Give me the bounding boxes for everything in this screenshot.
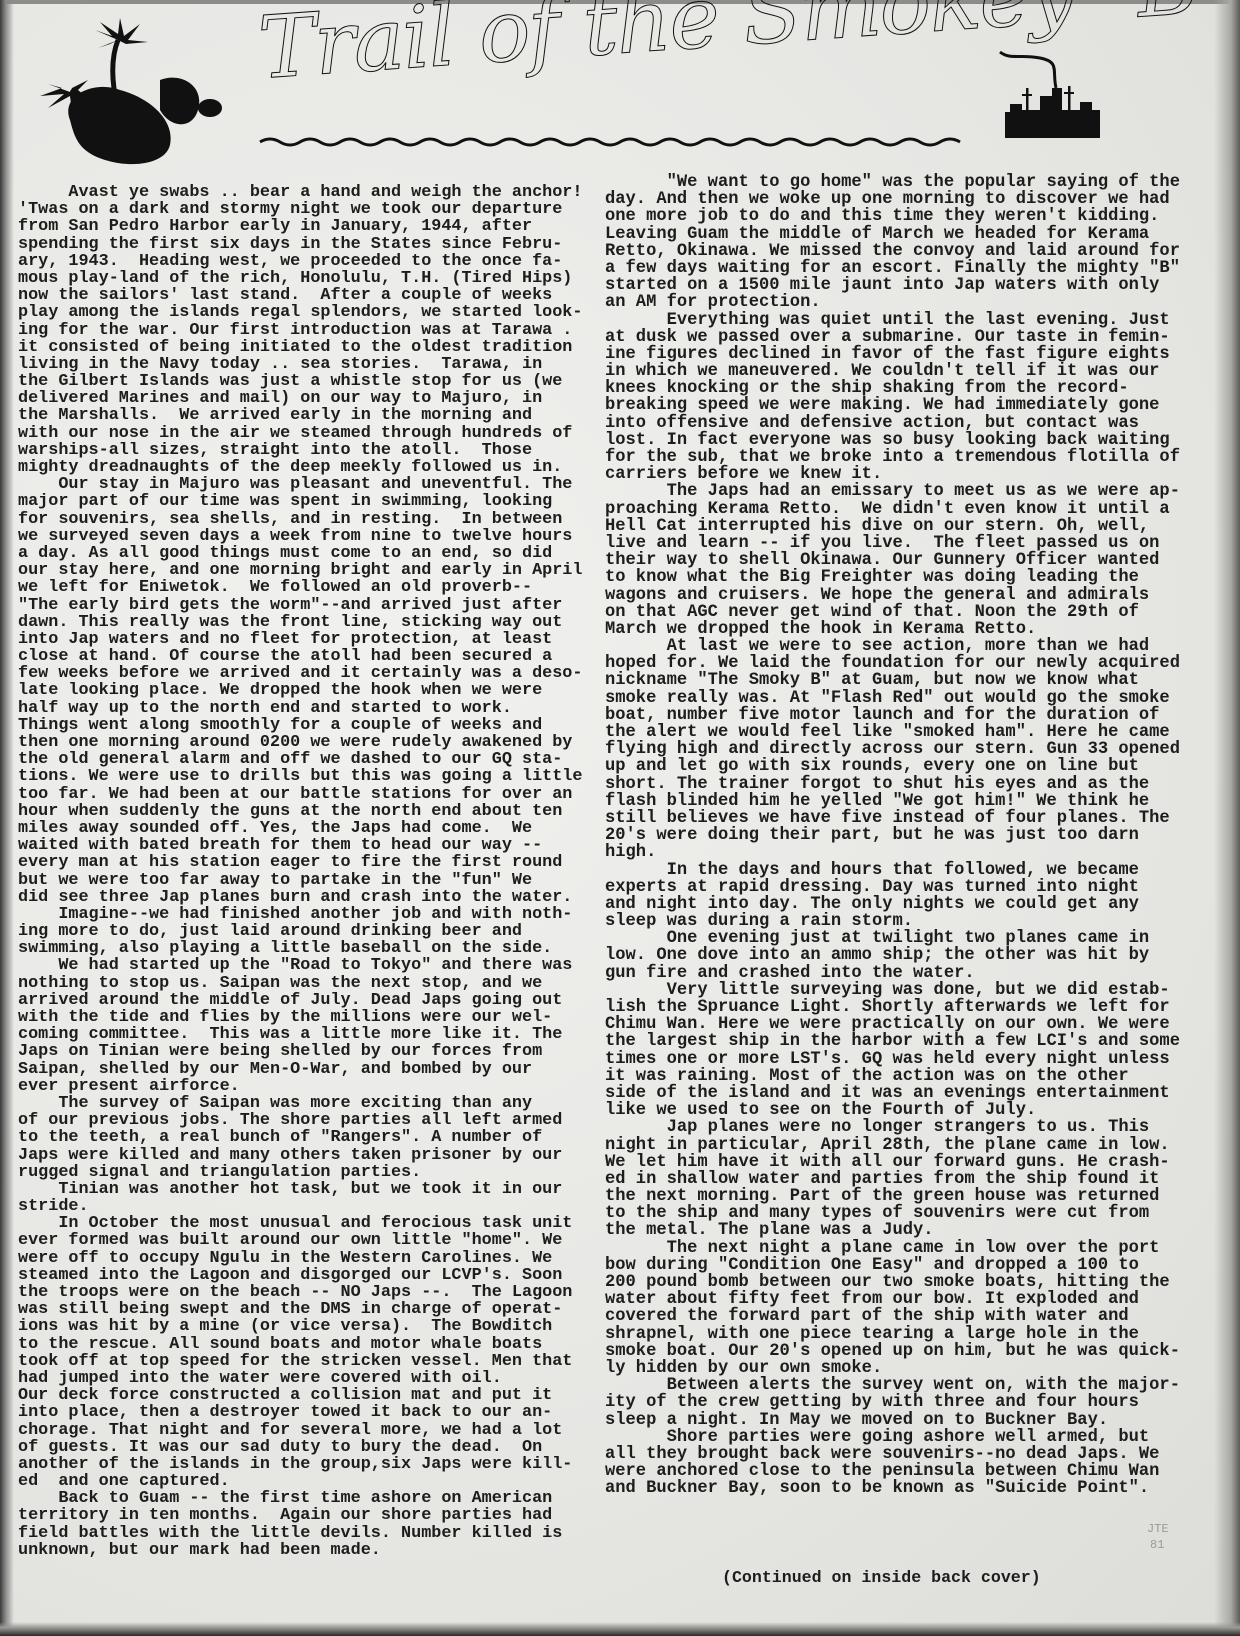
text-line: took off at top speed for the stricken v… <box>18 1353 588 1370</box>
left-column: Avast ye swabs .. bear a hand and weigh … <box>18 184 588 1559</box>
text-line: in which we maneuvered. We couldn't tell… <box>605 363 1185 380</box>
text-line: delivered Marines and mail) on our way t… <box>18 390 588 407</box>
paragraph: Tinian was another hot task, but we took… <box>18 1181 588 1215</box>
text-line: proaching Kerama Retto. We didn't even k… <box>605 501 1185 518</box>
text-line: Hell Cat interrupted his dive on our ste… <box>605 518 1185 535</box>
smoke-trail <box>1000 52 1056 88</box>
text-line: Back to Guam -- the first time ashore on… <box>18 1490 588 1507</box>
text-line: a few days waiting for an escort. Finall… <box>605 260 1185 277</box>
text-line: night in particular, April 28th, the pla… <box>605 1137 1185 1154</box>
text-line: breaking speed we were making. We had im… <box>605 397 1185 414</box>
text-line: In the days and hours that followed, we … <box>605 862 1185 879</box>
text-line: mous play-land of the rich, Honolulu, T.… <box>18 270 588 287</box>
text-line: all they brought back were souvenirs--no… <box>605 1446 1185 1463</box>
paragraph: In the days and hours that followed, we … <box>605 862 1185 931</box>
text-line: 200 pound bomb between our two smoke boa… <box>605 1274 1185 1291</box>
text-line: from San Pedro Harbor early in January, … <box>18 218 588 235</box>
paragraph: In October the most unusual and ferociou… <box>18 1215 588 1387</box>
text-line: to know what the Big Freighter was doing… <box>605 569 1185 586</box>
paragraph: Jap planes were no longer strangers to u… <box>605 1119 1185 1239</box>
text-line: water about fifty feet from our bow. It … <box>605 1291 1185 1308</box>
text-line: did see three Jap planes burn and crash … <box>18 889 588 906</box>
text-line: We let him have it with all our forward … <box>605 1154 1185 1171</box>
text-line: bow during "Condition One Easy" and drop… <box>605 1257 1185 1274</box>
text-line: up and let go with six rounds, every one… <box>605 758 1185 775</box>
page-edge-right <box>1214 0 1240 1636</box>
text-line: a day. As all good things must come to a… <box>18 545 588 562</box>
text-line: the largest ship in the harbor with a fe… <box>605 1033 1185 1050</box>
text-line: covered the forward part of the ship wit… <box>605 1308 1185 1325</box>
text-line: territory in ten months. Again our shore… <box>18 1507 588 1524</box>
text-line: Tinian was another hot task, but we took… <box>18 1181 588 1198</box>
paragraph: Between alerts the survey went on, with … <box>605 1377 1185 1429</box>
paragraph: Everything was quiet until the last even… <box>605 312 1185 484</box>
text-line: ity of the crew getting by with three an… <box>605 1394 1185 1411</box>
text-line: the alert we would feel like "smoked ham… <box>605 724 1185 741</box>
text-line: smoke boat. Our 20's opened up on him, b… <box>605 1343 1185 1360</box>
text-line: another of the islands in the group,six … <box>18 1456 588 1473</box>
paragraph: Very little surveying was done, but we d… <box>605 982 1185 1120</box>
text-line: The next night a plane came in low over … <box>605 1240 1185 1257</box>
text-line: into place, then a destroyer towed it ba… <box>18 1404 588 1421</box>
text-line: we surveyed seven days a week from nine … <box>18 528 588 545</box>
text-line: swimming, also playing a little baseball… <box>18 940 588 957</box>
margin-mark: 81 <box>1150 1538 1164 1552</box>
text-line: lish the Spruance Light. Shortly afterwa… <box>605 999 1185 1016</box>
text-line: then one morning around 0200 we were rud… <box>18 734 588 751</box>
text-line: Between alerts the survey went on, with … <box>605 1377 1185 1394</box>
text-line: were anchored close to the peninsula bet… <box>605 1463 1185 1480</box>
text-line: were off to occupy Ngulu in the Western … <box>18 1250 588 1267</box>
text-line: carriers before we knew it. <box>605 466 1185 483</box>
text-line: experts at rapid dressing. Day was turne… <box>605 879 1185 896</box>
text-line: on that AGC never get wind of that. Noon… <box>605 604 1185 621</box>
palm-tree-island-icon <box>40 18 222 164</box>
text-line: like we used to see on the Fourth of Jul… <box>605 1102 1185 1119</box>
text-line: shrapnel, with one piece tearing a large… <box>605 1326 1185 1343</box>
text-line: close at hand. Of course the atoll had b… <box>18 648 588 665</box>
text-line: Chimu Wan. Here we were practically on o… <box>605 1016 1185 1033</box>
text-line: now the sailors' last stand. After a cou… <box>18 287 588 304</box>
text-line: rugged signal and triangulation parties. <box>18 1164 588 1181</box>
text-line: stride. <box>18 1198 588 1215</box>
text-line: the metal. The plane was a Judy. <box>605 1222 1185 1239</box>
text-line: We had started up the "Road to Tokyo" an… <box>18 957 588 974</box>
paragraph: We had started up the "Road to Tokyo" an… <box>18 957 588 1095</box>
margin-mark: JTE <box>1147 1522 1169 1536</box>
text-line: play among the islands regal splendors, … <box>18 304 588 321</box>
text-line: coming committee. This was a little more… <box>18 1026 588 1043</box>
text-line: gun fire and crashed into the water. <box>605 965 1185 982</box>
text-line: and night into day. The only nights we c… <box>605 896 1185 913</box>
text-line: living in the Navy today .. sea stories.… <box>18 356 588 373</box>
newsletter-page: Trail of the Smokey "B" Avast ye swabs .… <box>0 0 1240 1636</box>
text-line: the troops were on the beach -- NO Japs … <box>18 1284 588 1301</box>
text-line: hoped for. We laid the foundation for ou… <box>605 655 1185 672</box>
page-edge-left <box>0 0 14 1636</box>
text-line: ing more to do, just laid around drinkin… <box>18 923 588 940</box>
paragraph: The Japs had an emissary to meet us as w… <box>605 483 1185 638</box>
text-line: the old general alarm and off we dashed … <box>18 751 588 768</box>
paragraph: Our deck force constructed a collision m… <box>18 1387 588 1490</box>
text-line: our stay here, and one morning bright an… <box>18 562 588 579</box>
text-line: the Gilbert Islands was just a whistle s… <box>18 373 588 390</box>
text-line: flash blinded him he yelled "We got him!… <box>605 793 1185 810</box>
text-line: low. One dove into an ammo ship; the oth… <box>605 947 1185 964</box>
paragraph: Back to Guam -- the first time ashore on… <box>18 1490 588 1559</box>
text-line: few weeks before we arrived and it certa… <box>18 665 588 682</box>
text-line: but we were too far away to partake in t… <box>18 872 588 889</box>
text-line: lost. In fact everyone was so busy looki… <box>605 432 1185 449</box>
continued-note: (Continued on inside back cover) <box>722 1568 1041 1587</box>
text-line: Shore parties were going ashore well arm… <box>605 1429 1185 1446</box>
text-line: Japs on Tinian were being shelled by our… <box>18 1043 588 1060</box>
text-line: side of the island and it was an evening… <box>605 1085 1185 1102</box>
text-line: for souvenirs, sea shells, and in restin… <box>18 511 588 528</box>
text-line: one more job to do and this time they we… <box>605 208 1185 225</box>
paragraph: Avast ye swabs .. bear a hand and weigh … <box>18 184 588 476</box>
text-line: of guests. It was our sad duty to bury t… <box>18 1439 588 1456</box>
right-column: "We want to go home" was the popular say… <box>605 174 1185 1497</box>
text-line: Imagine--we had finished another job and… <box>18 906 588 923</box>
text-line: steamed into the Lagoon and disgorged ou… <box>18 1267 588 1284</box>
text-line: too far. We had been at our battle stati… <box>18 786 588 803</box>
text-line: half way up to the north end and started… <box>18 700 588 717</box>
text-line: ary, 1943. Heading west, we proceeded to… <box>18 253 588 270</box>
text-line: Saipan, shelled by our Men-O-War, and bo… <box>18 1061 588 1078</box>
wave-line <box>260 139 960 145</box>
paragraph: One evening just at twilight two planes … <box>605 930 1185 982</box>
text-line: to the rescue. All sound boats and motor… <box>18 1336 588 1353</box>
text-line: the next morning. Part of the green hous… <box>605 1188 1185 1205</box>
text-line: short. The trainer forgot to shut his ey… <box>605 776 1185 793</box>
text-line: chorage. That night and for several more… <box>18 1422 588 1439</box>
text-line: we left for Eniwetok. We followed an old… <box>18 579 588 596</box>
text-line: 'Twas on a dark and stormy night we took… <box>18 201 588 218</box>
text-line: an AM for protection. <box>605 294 1185 311</box>
text-line: Japs were killed and many others taken p… <box>18 1147 588 1164</box>
text-line: At last we were to see action, more than… <box>605 638 1185 655</box>
text-line: ly hidden by our own smoke. <box>605 1360 1185 1377</box>
text-line: field battles with the little devils. Nu… <box>18 1525 588 1542</box>
text-line: day. And then we woke up one morning to … <box>605 191 1185 208</box>
text-line: still believes we have five instead of f… <box>605 810 1185 827</box>
text-line: arrived around the middle of July. Dead … <box>18 992 588 1009</box>
text-line: One evening just at twilight two planes … <box>605 930 1185 947</box>
text-line: Everything was quiet until the last even… <box>605 312 1185 329</box>
text-line: "The early bird gets the worm"--and arri… <box>18 597 588 614</box>
text-line: knees knocking or the ship shaking from … <box>605 380 1185 397</box>
text-line: ions was hit by a mine (or vice versa). … <box>18 1318 588 1335</box>
text-line: it was raining. Most of the action was o… <box>605 1068 1185 1085</box>
ship-silhouette-icon <box>1005 86 1100 138</box>
text-line: flying high and directly across our ster… <box>605 741 1185 758</box>
text-line: nothing to stop us. Saipan was the next … <box>18 975 588 992</box>
paragraph: Our stay in Majuro was pleasant and unev… <box>18 476 588 906</box>
text-line: with the tide and flies by the millions … <box>18 1009 588 1026</box>
text-line: ever present airforce. <box>18 1078 588 1095</box>
text-line: ine figures declined in favor of the fas… <box>605 346 1185 363</box>
text-line: The Japs had an emissary to meet us as w… <box>605 483 1185 500</box>
text-line: started on a 1500 mile jaunt into Jap wa… <box>605 277 1185 294</box>
text-line: "We want to go home" was the popular say… <box>605 174 1185 191</box>
text-line: to the ship and many types of souvenirs … <box>605 1205 1185 1222</box>
text-line: into offensive and defensive action, but… <box>605 415 1185 432</box>
text-line: with our nose in the air we steamed thro… <box>18 425 588 442</box>
paragraph: At last we were to see action, more than… <box>605 638 1185 861</box>
text-line: tions. We were use to drills but this wa… <box>18 768 588 785</box>
text-line: late looking place. We dropped the hook … <box>18 682 588 699</box>
text-line: for the sub, that we broke into a tremen… <box>605 449 1185 466</box>
masthead: Trail of the Smokey "B" <box>0 0 1240 170</box>
text-line: boat, number five motor launch and for t… <box>605 707 1185 724</box>
text-line: their way to shell Okinawa. Our Gunnery … <box>605 552 1185 569</box>
text-line: wagons and cruisers. We hope the general… <box>605 587 1185 604</box>
text-line: it consisted of being initiated to the o… <box>18 339 588 356</box>
text-line: waited with bated breath for them to hea… <box>18 837 588 854</box>
text-line: hour when suddenly the guns at the north… <box>18 803 588 820</box>
text-line: every man at his station eager to fire t… <box>18 854 588 871</box>
text-line: unknown, but our mark had been made. <box>18 1542 588 1559</box>
text-line: warships-all sizes, straight into the at… <box>18 442 588 459</box>
text-line: spending the first six days in the State… <box>18 236 588 253</box>
text-line: miles away sounded off. Yes, the Japs ha… <box>18 820 588 837</box>
text-line: the Marshalls. We arrived early in the m… <box>18 407 588 424</box>
text-line: Retto, Okinawa. We missed the convoy and… <box>605 243 1185 260</box>
text-line: times one or more LST's. GQ was held eve… <box>605 1051 1185 1068</box>
text-line: 20's were doing their part, but he was j… <box>605 827 1185 844</box>
page-edge-bottom <box>0 1622 1240 1636</box>
text-line: live and learn -- if you live. The fleet… <box>605 535 1185 552</box>
text-line: In October the most unusual and ferociou… <box>18 1215 588 1232</box>
text-line: mighty dreadnaughts of the deep meekly f… <box>18 459 588 476</box>
text-line: had jumped into the water were covered w… <box>18 1370 588 1387</box>
text-line: Avast ye swabs .. bear a hand and weigh … <box>18 184 588 201</box>
paragraph: Shore parties were going ashore well arm… <box>605 1429 1185 1498</box>
paragraph: The next night a plane came in low over … <box>605 1240 1185 1378</box>
text-line: Leaving Guam the middle of March we head… <box>605 226 1185 243</box>
text-line: high. <box>605 844 1185 861</box>
text-line: and Buckner Bay, soon to be known as "Su… <box>605 1480 1185 1497</box>
text-line: into Jap waters and no fleet for protect… <box>18 631 588 648</box>
text-line: sleep was during a rain storm. <box>605 913 1185 930</box>
text-line: March we dropped the hook in Kerama Rett… <box>605 621 1185 638</box>
text-line: Things went along smoothly for a couple … <box>18 717 588 734</box>
text-line: smoke really was. At "Flash Red" out wou… <box>605 690 1185 707</box>
text-line: Jap planes were no longer strangers to u… <box>605 1119 1185 1136</box>
text-line: at dusk we passed over a submarine. Our … <box>605 329 1185 346</box>
text-line: Our deck force constructed a collision m… <box>18 1387 588 1404</box>
text-line: sleep a night. In May we moved on to Buc… <box>605 1412 1185 1429</box>
paragraph: Imagine--we had finished another job and… <box>18 906 588 958</box>
paragraph: The survey of Saipan was more exciting t… <box>18 1095 588 1181</box>
text-line: The survey of Saipan was more exciting t… <box>18 1095 588 1112</box>
text-line: ing for the war. Our first introduction … <box>18 322 588 339</box>
text-line: dawn. This really was the front line, st… <box>18 614 588 631</box>
text-line: to the teeth, a real bunch of "Rangers".… <box>18 1129 588 1146</box>
paragraph: "We want to go home" was the popular say… <box>605 174 1185 312</box>
text-line: ed in shallow water and parties from the… <box>605 1171 1185 1188</box>
text-line: of our previous jobs. The shore parties … <box>18 1112 588 1129</box>
text-line: ever formed was built around our own lit… <box>18 1232 588 1249</box>
text-line: nickname "The Smoky B" at Guam, but now … <box>605 672 1185 689</box>
text-line: was still being swept and the DMS in cha… <box>18 1301 588 1318</box>
text-line: ed and one captured. <box>18 1473 588 1490</box>
text-line: major part of our time was spent in swim… <box>18 493 588 510</box>
text-line: Our stay in Majuro was pleasant and unev… <box>18 476 588 493</box>
text-line: Very little surveying was done, but we d… <box>605 982 1185 999</box>
